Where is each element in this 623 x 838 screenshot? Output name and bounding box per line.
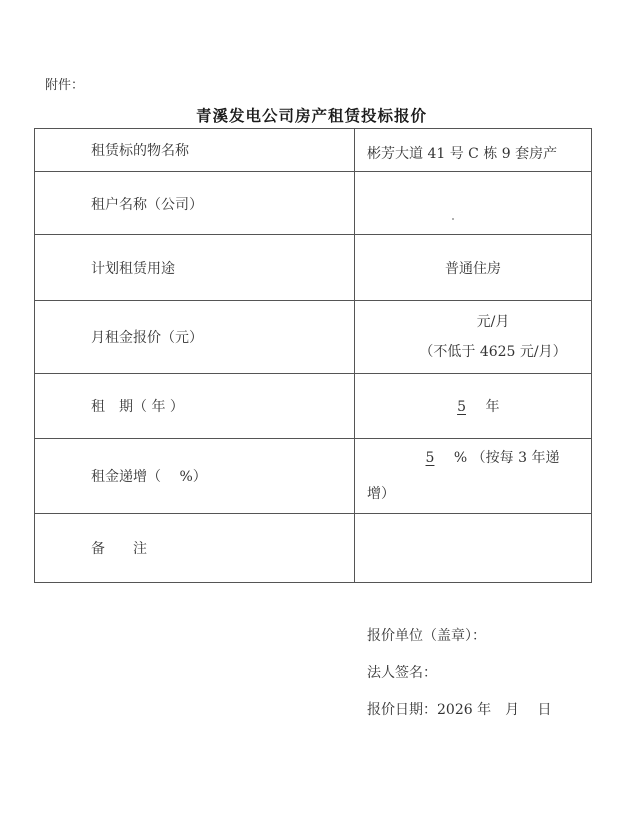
table-row-term: 租 期（ 年 ） 5 年: [35, 373, 591, 438]
table-row-tenant: 租户名称（公司）: [35, 171, 591, 234]
subject-value: 彬芳大道 41 号 C 栋 9 套房产: [367, 143, 591, 163]
table-row-subject: 租赁标的物名称 彬芳大道 41 号 C 栋 9 套房产: [35, 129, 591, 171]
term-unit: 年: [485, 399, 499, 415]
row-label: 租户名称（公司）: [35, 172, 355, 234]
rent-unit[interactable]: 元/月: [477, 307, 510, 337]
escalation-note-cont: 增）: [367, 476, 591, 512]
quoting-unit-label: 报价单位（盖章）：: [367, 625, 486, 645]
quote-date-label: 报价日期：2026 年 月 日: [367, 699, 552, 719]
tenant-name-field[interactable]: [355, 172, 591, 234]
usage-value: 普通住房: [445, 258, 501, 278]
table-row-remarks: 备 注: [35, 513, 591, 582]
rent-minimum-note: （不低于 4625 元/月）: [419, 337, 566, 367]
row-label: 月租金报价（元）: [35, 301, 355, 373]
row-label: 租金递增（ %）: [35, 439, 355, 513]
quote-table: 租赁标的物名称 彬芳大道 41 号 C 栋 9 套房产 租户名称（公司） 计划租…: [34, 128, 592, 583]
signature-label: 法人签名：: [367, 662, 437, 682]
row-label: 租赁标的物名称: [35, 129, 355, 171]
escalation-percent-field[interactable]: 5: [415, 440, 445, 476]
row-label: 计划租赁用途: [35, 235, 355, 300]
table-row-escalation: 租金递增（ %） 5 % （按每 3 年递 增）: [35, 438, 591, 513]
row-label: 租 期（ 年 ）: [35, 374, 355, 438]
document-title: 青溪发电公司房产租赁投标报价: [0, 104, 623, 126]
attachment-label: 附件：: [45, 74, 84, 93]
remarks-field[interactable]: [355, 514, 591, 582]
table-row-monthly-rent: 月租金报价（元） 元/月 （不低于 4625 元/月）: [35, 300, 591, 373]
escalation-note: % （按每 3 年递: [454, 450, 560, 466]
table-row-usage: 计划租赁用途 普通住房: [35, 234, 591, 300]
scan-speck: [452, 218, 454, 220]
term-years-field[interactable]: 5: [447, 399, 477, 415]
row-label: 备 注: [35, 514, 355, 582]
